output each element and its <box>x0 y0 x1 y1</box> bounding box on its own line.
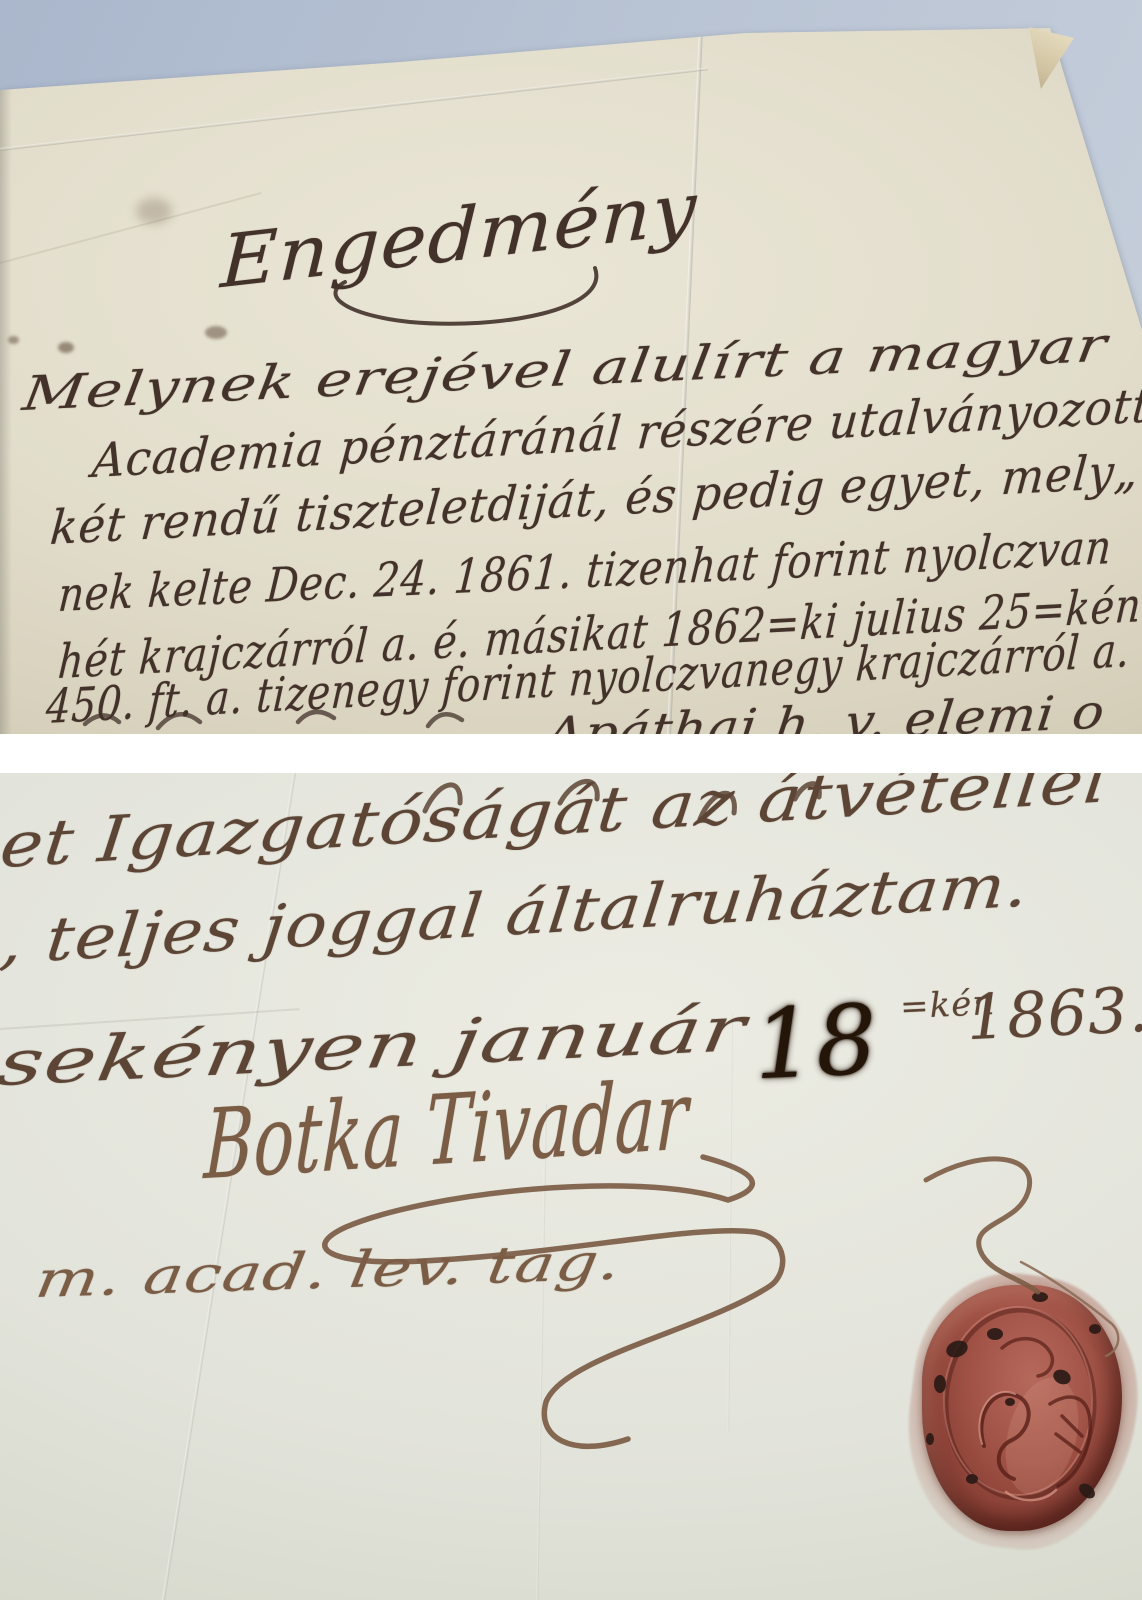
letter-photo-collage: Engedmény Melynek erejével alulírt a mag… <box>0 0 1142 1600</box>
document-title: Engedmény <box>214 177 660 298</box>
ink-stain <box>58 342 74 353</box>
paper-bottom: et Igazgatóságát az átvétellel , teljes … <box>0 773 1142 1600</box>
date-year: 1863. <box>965 979 1142 1050</box>
bottom-photo: et Igazgatóságát az átvétellel , teljes … <box>0 773 1142 1600</box>
signature-role: m. acad. lev. tag. <box>33 1241 480 1305</box>
signature-role-text: m. acad. lev. tag. <box>33 1236 626 1305</box>
ink-stain <box>8 336 19 344</box>
top-photo: Engedmény Melynek erejével alulírt a mag… <box>0 0 1142 734</box>
paper-top: Engedmény Melynek erejével alulírt a mag… <box>0 0 1142 734</box>
wax-seal-body <box>922 1285 1122 1531</box>
handwritten-line-8: et Igazgatóságát az átvétellel <box>0 773 953 877</box>
paper-shadow-wrap: Engedmény Melynek erejével alulírt a mag… <box>0 0 1142 734</box>
wax-crest-engraving <box>922 1285 1122 1531</box>
signature-paraph-flourish <box>325 1157 783 1446</box>
ink-stain <box>136 198 172 224</box>
handwritten-text: , teljes joggal általruháztam. <box>0 855 1032 973</box>
flourish-above-seal <box>926 1159 1038 1292</box>
divider-band <box>0 734 1142 773</box>
handwritten-text: Engedmény <box>219 171 698 298</box>
top-fold-crease <box>0 67 708 151</box>
wax-seal <box>922 1285 1122 1531</box>
signature-text: Botka Tivadar <box>203 1067 690 1193</box>
handwritten-line-9: , teljes joggal általruháztam. <box>0 863 898 973</box>
ink-stain <box>205 326 227 339</box>
